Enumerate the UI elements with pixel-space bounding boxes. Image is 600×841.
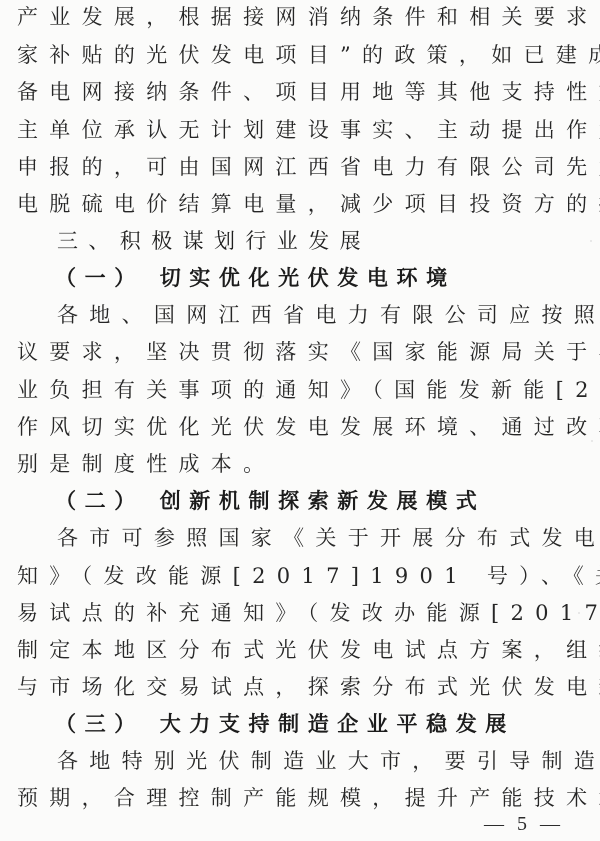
- body-line: 产业发展，根据接网消纳条件和相关要求自行安排各类不需要国: [17, 1, 600, 33]
- body-line: 电脱硫电价结算电量，减少项目投资方的损失。: [17, 188, 600, 220]
- body-line: 作风切实优化光伏发电发展环境、通过改革创新降低企业成本特: [17, 411, 600, 443]
- scan-speck: [578, 612, 580, 614]
- scan-speck: [370, 716, 372, 718]
- subsection-heading: （一） 切实优化光伏发电环境: [55, 262, 456, 294]
- body-line: 议要求，坚决贯彻落实《国家能源局关于减轻可再生能源领域企: [17, 336, 600, 368]
- body-line: 各地特别光伏制造业大市，要引导制造业企业建立合理发展: [57, 745, 600, 777]
- body-line: 家补贴的光伏发电项目”的政策，如已建成的无计划建设项目具: [17, 39, 600, 71]
- section-heading: 三、积极谋划行业发展: [57, 225, 371, 257]
- scan-speck: [548, 128, 550, 130]
- body-line: 别是制度性成本。: [17, 448, 275, 480]
- body-line: 主单位承认无计划建设事实、主动提出作为不需要国家补贴项目: [17, 114, 600, 146]
- scan-speck: [262, 395, 264, 397]
- scan-speck: [591, 440, 593, 442]
- body-line: 申报的，可由国网江西省电力有限公司先为其办理接网，并按火: [17, 151, 600, 183]
- scan-speck: [590, 240, 592, 242]
- body-line: 知》（发改能源[2017]1901 号）、《关于开展分布式发电市场化交: [17, 560, 600, 592]
- body-line: 业负担有关事项的通知》（国能发新能[2018]34 号），通过转变: [17, 374, 600, 406]
- body-line: 易试点的补充通知》（发改办能源[2017]2150 号）等政策，研究: [17, 597, 600, 629]
- body-line: 与市场化交易试点，探索分布式光伏发电新发展模式。: [17, 671, 600, 703]
- body-line: 备电网接纳条件、项目用地等其他支持性文件合法合规且项目业: [17, 76, 600, 108]
- body-line: 预期，合理控制产能规模，提升产能技术水平，增强企业自身竞: [17, 782, 600, 814]
- subsection-heading: （三） 大力支持制造企业平稳发展: [55, 708, 515, 740]
- subsection-heading: （二） 创新机制探索新发展模式: [55, 485, 485, 517]
- body-line: 制定本地区分布式光伏发电试点方案，组织无计划分布式项目参: [17, 634, 600, 666]
- page-number: — 5 —: [484, 812, 564, 836]
- document-page: 产业发展，根据接网消纳条件和相关要求自行安排各类不需要国 家补贴的光伏发电项目”…: [0, 0, 600, 841]
- body-line: 各市可参照国家《关于开展分布式发电市场化交易试点的通: [57, 522, 600, 554]
- body-line: 各地、国网江西省电力有限公司应按照全省作风建设工作会: [57, 299, 600, 331]
